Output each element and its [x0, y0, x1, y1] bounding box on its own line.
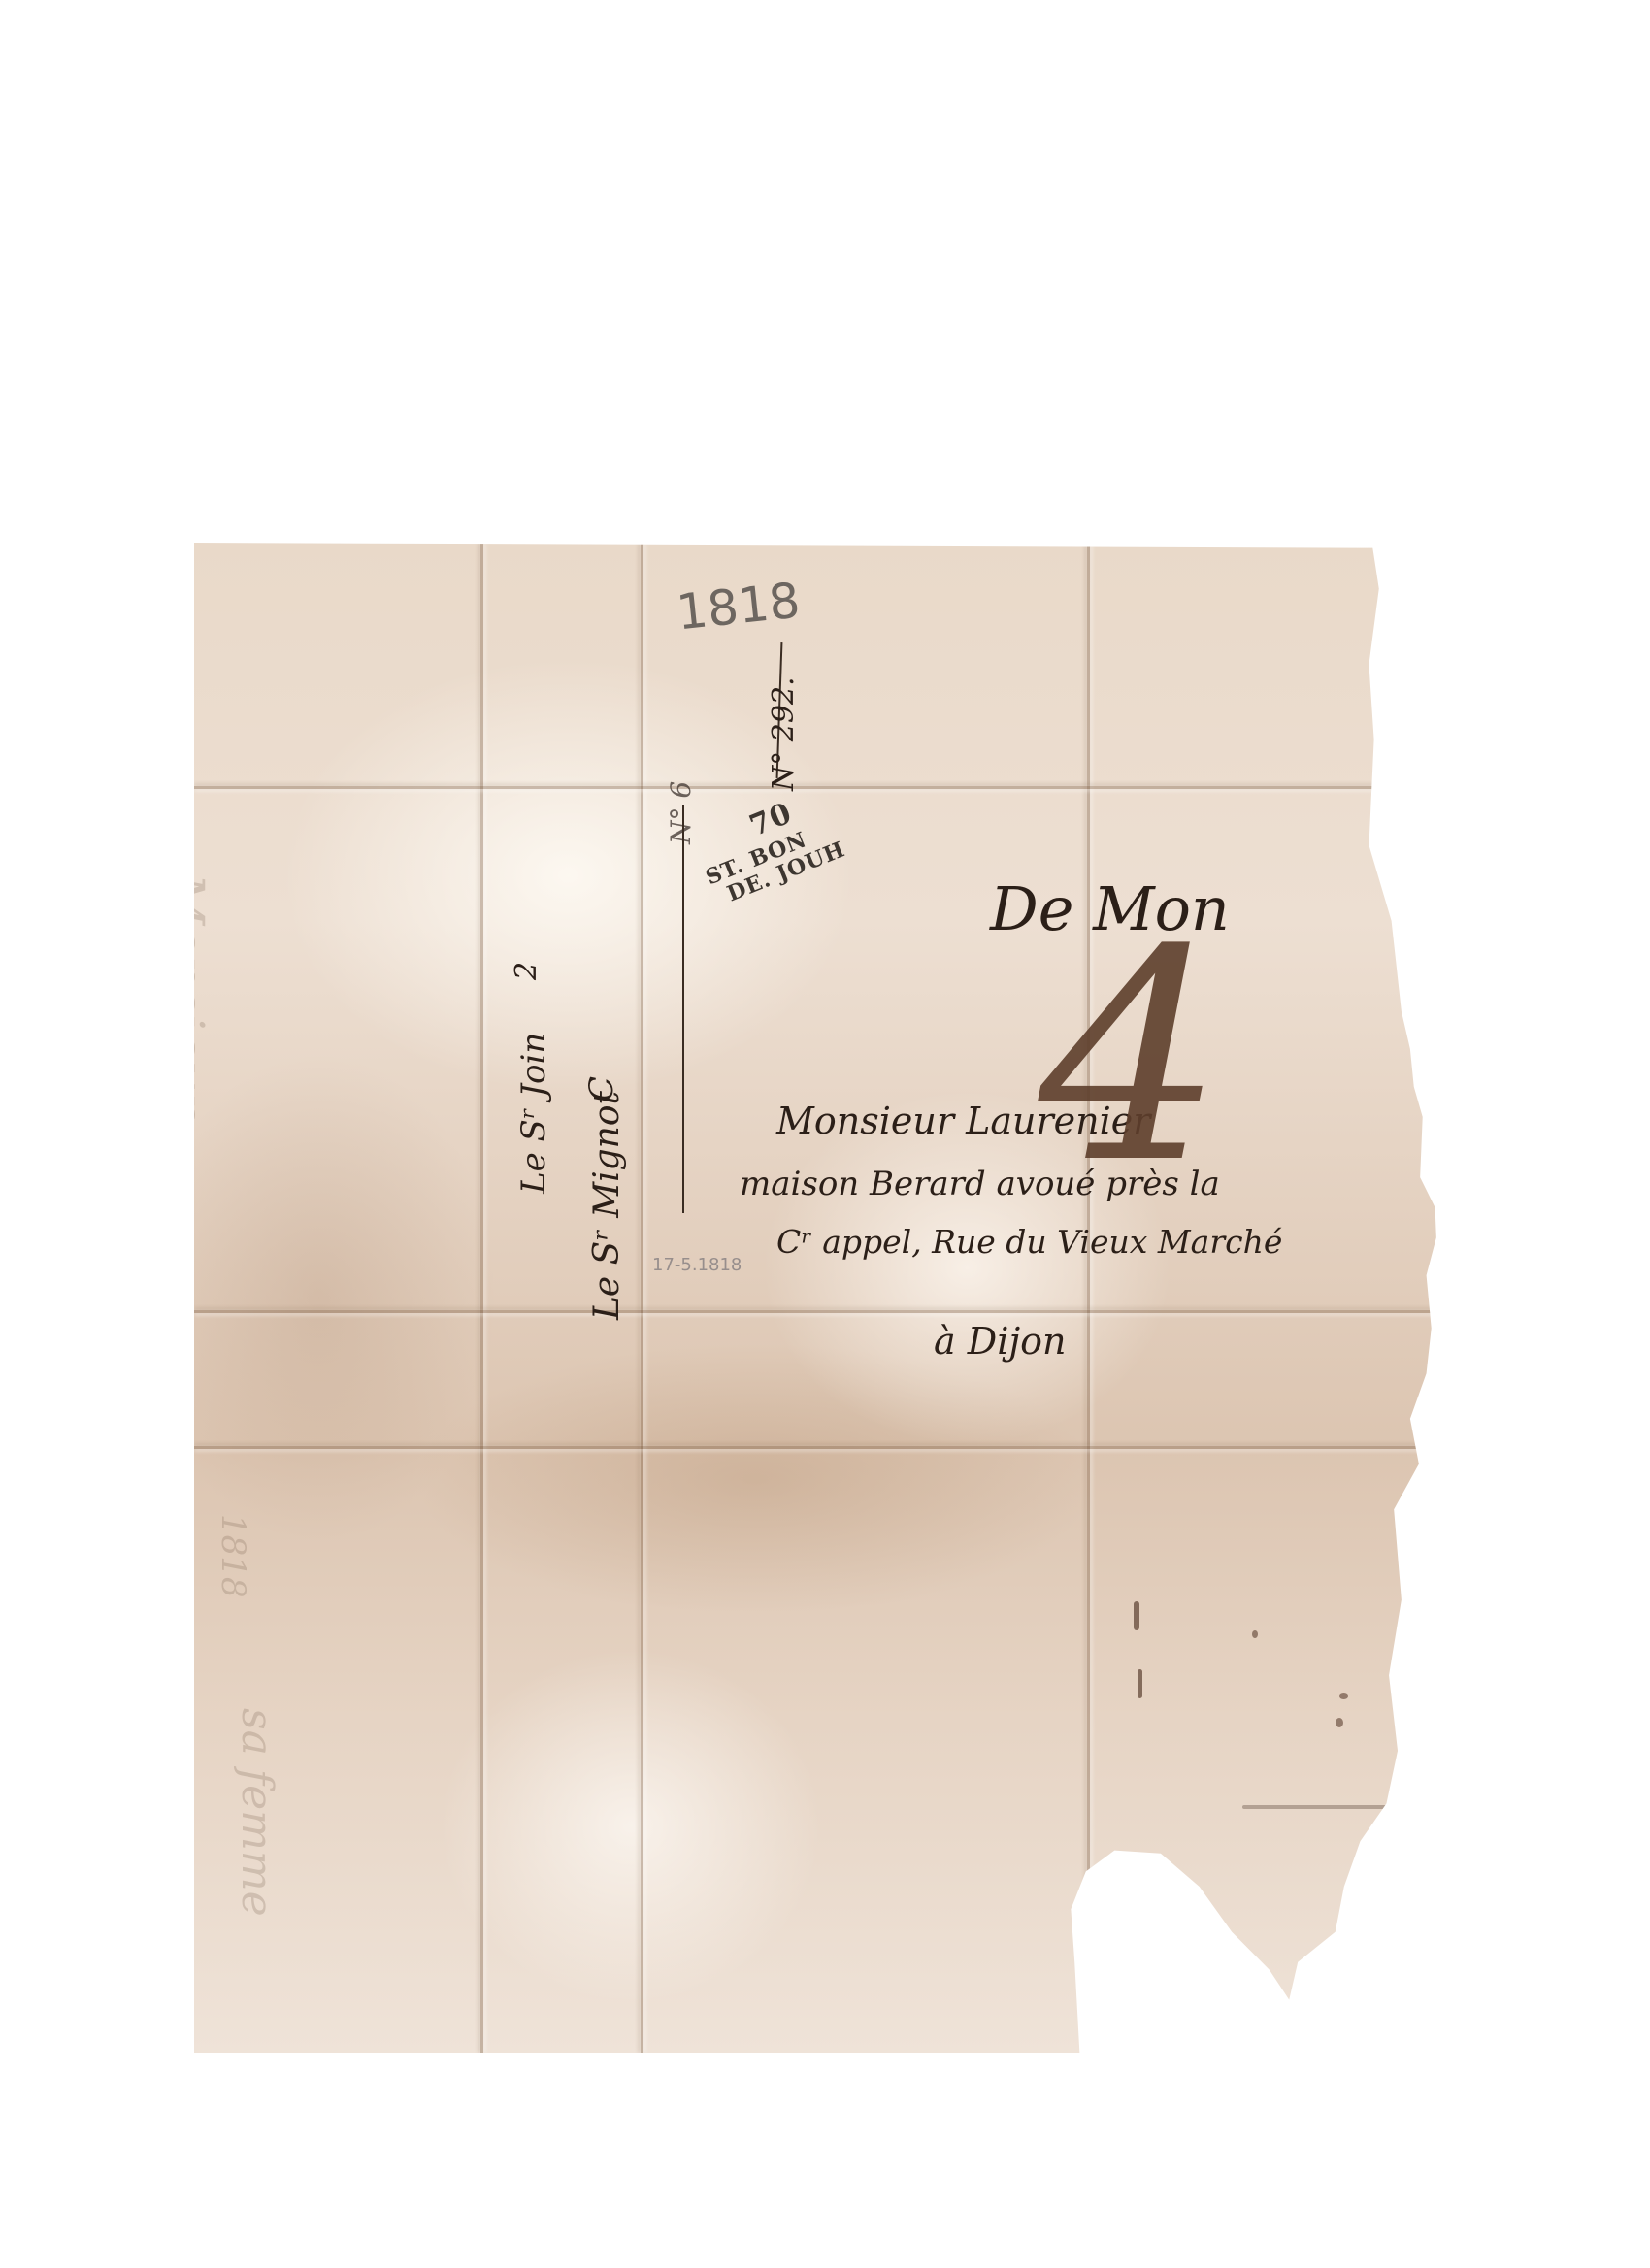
address-line-street: Cʳ appel, Rue du Vieux Marché	[776, 1223, 1282, 1261]
vertical-fold-line	[480, 543, 483, 2053]
bleed-through-text: 1818	[214, 1514, 252, 1598]
year-annotation: 1818	[674, 573, 803, 641]
ink-speck	[1339, 1693, 1348, 1699]
docket-number: N° 292.	[767, 676, 801, 791]
ink-stain	[1138, 1669, 1142, 1698]
letter-sheet: Monsieur sa femme 1818 1818 N° 292. N° 6…	[194, 543, 1441, 2053]
docket-sender-name: Le Sʳ Join	[514, 1033, 553, 1194]
ink-dots	[1242, 1805, 1398, 1809]
margin-rule	[682, 805, 684, 1213]
horizontal-fold-line	[194, 1446, 1441, 1449]
ink-stain	[1134, 1601, 1139, 1630]
vertical-fold-line	[641, 543, 643, 2053]
docket-recipient-name: Le Sʳ Mignot	[587, 1091, 627, 1320]
ink-speck	[1252, 1630, 1258, 1638]
postage-due-numeral: 4	[1039, 912, 1224, 1203]
vertical-fold-line	[1087, 543, 1090, 2053]
ink-speck	[1336, 1718, 1343, 1727]
docket-mark: 2	[510, 962, 544, 980]
horizontal-fold-line	[194, 1310, 1441, 1313]
bleed-through-text: sa femme	[232, 1708, 281, 1917]
scan-background: Monsieur sa femme 1818 1818 N° 292. N° 6…	[0, 0, 1650, 2268]
address-line-city: à Dijon	[934, 1320, 1067, 1363]
archive-date-stamp: 17-5.1818	[652, 1255, 742, 1275]
bleed-through-text: Monsieur	[155, 873, 214, 1116]
postmark-stamp: 70 ST. BON DE. JOUH	[689, 776, 880, 951]
